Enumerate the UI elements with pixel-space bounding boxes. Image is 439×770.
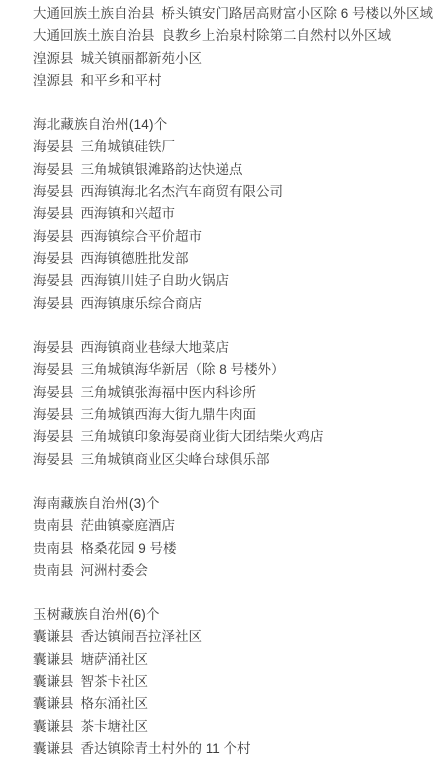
county-name: 海晏县	[33, 337, 74, 359]
risk-area-row: 海晏县三角城镇银滩路韵达快递点	[33, 159, 431, 181]
risk-area-row: 海晏县三角城镇印象海晏商业街大团结柴火鸡店	[33, 426, 431, 448]
risk-area-row: 海晏县三角城镇海华新居（除 8 号楼外）	[33, 359, 431, 381]
risk-area-row: 贵南县茫曲镇豪庭酒店	[33, 515, 431, 537]
place-name: 良教乡上治泉村除第二自然村以外区域	[162, 25, 392, 47]
place-name: 和平乡和平村	[81, 70, 162, 92]
place-name: 三角城镇西海大街九鼎牛肉面	[81, 404, 257, 426]
county-name: 海晏县	[33, 248, 74, 270]
risk-area-row: 海晏县西海镇德胜批发部	[33, 248, 431, 270]
risk-area-list: 大通回族土族自治县桥头镇安门路居高财富小区除 6 号楼以外区域 大通回族土族自治…	[0, 0, 439, 760]
place-name: 香达镇闹吾拉泽社区	[81, 626, 203, 648]
risk-area-row: 囊谦县茶卡塘社区	[33, 716, 431, 738]
risk-area-row: 海晏县西海镇和兴超市	[33, 203, 431, 225]
place-name: 格桑花园 9 号楼	[81, 538, 177, 560]
risk-area-row: 海晏县三角城镇西海大街九鼎牛肉面	[33, 404, 431, 426]
county-name: 贵南县	[33, 538, 74, 560]
county-name: 海晏县	[33, 404, 74, 426]
place-name: 三角城镇商业区尖峰台球俱乐部	[81, 449, 270, 471]
place-name: 桥头镇安门路居高财富小区除 6 号楼以外区域	[162, 3, 434, 25]
risk-area-row: 海晏县西海镇川娃子自助火锅店	[33, 270, 431, 292]
county-name: 囊谦县	[33, 693, 74, 715]
risk-area-row: 海晏县西海镇综合平价超市	[33, 226, 431, 248]
risk-area-row: 囊谦县香达镇除青土村外的 11 个村	[33, 738, 431, 760]
risk-area-row: 海晏县三角城镇张海福中医内科诊所	[33, 382, 431, 404]
county-name: 大通回族土族自治县	[33, 3, 155, 25]
place-name: 格东涌社区	[81, 693, 149, 715]
risk-area-row: 海晏县西海镇海北名杰汽车商贸有限公司	[33, 181, 431, 203]
risk-area-row: 海晏县三角城镇硅铁厂	[33, 136, 431, 158]
section-hainan: 海南藏族自治州(3)个 贵南县茫曲镇豪庭酒店 贵南县格桑花园 9 号楼 贵南县河…	[33, 493, 431, 582]
place-name: 茫曲镇豪庭酒店	[81, 515, 176, 537]
blank-line	[33, 315, 431, 337]
place-name: 西海镇德胜批发部	[81, 248, 189, 270]
county-name: 囊谦县	[33, 671, 74, 693]
place-name: 三角城镇银滩路韵达快递点	[81, 159, 243, 181]
county-name: 海晏县	[33, 136, 74, 158]
county-name: 贵南县	[33, 515, 74, 537]
risk-area-row: 囊谦县香达镇闹吾拉泽社区	[33, 626, 431, 648]
section-haibei: 海北藏族自治州(14)个 海晏县三角城镇硅铁厂 海晏县三角城镇银滩路韵达快递点 …	[33, 114, 431, 471]
risk-area-row: 海晏县西海镇商业巷绿大地菜店	[33, 337, 431, 359]
section-header: 海南藏族自治州(3)个	[33, 493, 431, 515]
risk-area-row: 囊谦县智茶卡社区	[33, 671, 431, 693]
place-name: 河洲村委会	[81, 560, 149, 582]
risk-area-row: 海晏县三角城镇商业区尖峰台球俱乐部	[33, 449, 431, 471]
risk-area-row: 贵南县河洲村委会	[33, 560, 431, 582]
place-name: 三角城镇硅铁厂	[81, 136, 176, 158]
risk-area-row: 囊谦县塘萨涌社区	[33, 649, 431, 671]
place-name: 西海镇康乐综合商店	[81, 293, 203, 315]
section-header: 玉树藏族自治州(6)个	[33, 604, 431, 626]
place-name: 三角城镇印象海晏商业街大团结柴火鸡店	[81, 426, 324, 448]
county-name: 海晏县	[33, 449, 74, 471]
place-name: 香达镇除青土村外的 11 个村	[81, 738, 251, 760]
section-xining-continuation: 大通回族土族自治县桥头镇安门路居高财富小区除 6 号楼以外区域 大通回族土族自治…	[33, 3, 431, 92]
county-name: 湟源县	[33, 70, 74, 92]
county-name: 囊谦县	[33, 626, 74, 648]
county-name: 大通回族土族自治县	[33, 25, 155, 47]
county-name: 海晏县	[33, 426, 74, 448]
county-name: 海晏县	[33, 382, 74, 404]
county-name: 海晏县	[33, 293, 74, 315]
place-name: 西海镇海北名杰汽车商贸有限公司	[81, 181, 284, 203]
risk-area-row: 囊谦县格东涌社区	[33, 693, 431, 715]
county-name: 囊谦县	[33, 738, 74, 760]
section-header: 海北藏族自治州(14)个	[33, 114, 431, 136]
county-name: 海晏县	[33, 159, 74, 181]
risk-area-row: 大通回族土族自治县桥头镇安门路居高财富小区除 6 号楼以外区域	[33, 3, 431, 25]
county-name: 囊谦县	[33, 649, 74, 671]
place-name: 茶卡塘社区	[81, 716, 149, 738]
risk-area-row: 海晏县西海镇康乐综合商店	[33, 293, 431, 315]
place-name: 塘萨涌社区	[81, 649, 149, 671]
risk-area-row: 贵南县格桑花园 9 号楼	[33, 538, 431, 560]
place-name: 三角城镇张海福中医内科诊所	[81, 382, 257, 404]
county-name: 海晏县	[33, 270, 74, 292]
place-name: 西海镇川娃子自助火锅店	[81, 270, 230, 292]
county-name: 囊谦县	[33, 716, 74, 738]
risk-area-row: 湟源县和平乡和平村	[33, 70, 431, 92]
risk-area-row: 大通回族土族自治县良教乡上治泉村除第二自然村以外区域	[33, 25, 431, 47]
section-yushu: 玉树藏族自治州(6)个 囊谦县香达镇闹吾拉泽社区 囊谦县塘萨涌社区 囊谦县智茶卡…	[33, 604, 431, 760]
risk-area-row: 湟源县城关镇丽都新苑小区	[33, 48, 431, 70]
county-name: 贵南县	[33, 560, 74, 582]
place-name: 三角城镇海华新居（除 8 号楼外）	[81, 359, 285, 381]
county-name: 海晏县	[33, 359, 74, 381]
place-name: 西海镇商业巷绿大地菜店	[81, 337, 230, 359]
place-name: 西海镇综合平价超市	[81, 226, 203, 248]
county-name: 海晏县	[33, 181, 74, 203]
county-name: 海晏县	[33, 203, 74, 225]
county-name: 湟源县	[33, 48, 74, 70]
place-name: 智茶卡社区	[81, 671, 149, 693]
place-name: 城关镇丽都新苑小区	[81, 48, 203, 70]
place-name: 西海镇和兴超市	[81, 203, 176, 225]
county-name: 海晏县	[33, 226, 74, 248]
